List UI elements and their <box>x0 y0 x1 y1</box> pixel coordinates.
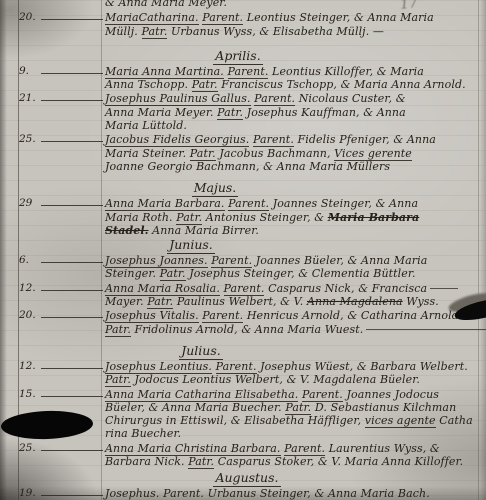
entry-dash-line <box>41 141 103 142</box>
register-entry: 12.Anna Maria Rosalia. Parent. Casparus … <box>105 282 481 309</box>
text-segment: D. Sebastianus Kilchman <box>311 401 456 414</box>
entry-day: 15. <box>19 388 36 400</box>
text-segment: Jodocus Leontius Welbert, & V. Magdalena… <box>131 373 420 386</box>
register-scan-page: 17 & Anna Maria Meyer.20.MariaCatharina.… <box>0 0 486 500</box>
entry-dash-line <box>41 205 103 206</box>
struck-text: Stadel. <box>105 224 149 237</box>
underlined-text: Patr. <box>142 25 168 39</box>
entry-day: 6. <box>19 254 29 266</box>
text-segment: Paulinus Welbert, & V. <box>173 295 307 308</box>
underlined-text: MariaCatharina. <box>105 11 199 25</box>
entry-line: Anna Maria Meyer. Patr. Josephus Kauffma… <box>105 106 481 119</box>
text-segment: Laurentius Wyss, & <box>325 442 440 455</box>
entry-line: Joanne Georgio Bachmann, & Anna Maria Mü… <box>105 160 481 173</box>
text-segment: Josephus Steinger, & Clementia Büttler. <box>186 267 416 280</box>
entry-line: Büeler, & Anna Maria Buecher. Patr. D. S… <box>105 401 481 414</box>
month-header: Julius. <box>13 344 389 358</box>
text-segment: Anna Maria Meyer. <box>105 106 217 119</box>
entry-line: Josephus. Parent. Urbanus Steinger, & An… <box>105 487 481 500</box>
entry-line: Maria Steiner. Patr. Jacobus Bachmann, V… <box>105 147 481 160</box>
text-segment: Steinger. <box>105 267 160 280</box>
underlined-text: vices agente <box>365 414 436 428</box>
register-entry: 25.Anna Maria Christina Barbara. Parent.… <box>105 442 481 469</box>
underlined-text: Vices gerente <box>334 147 412 161</box>
underlined-text: Parent. <box>228 197 269 211</box>
text-segment: Casparus Stoker, & V. Maria Anna Killoff… <box>214 455 463 468</box>
entry-dash-line <box>41 262 103 263</box>
text-segment: Mayer. <box>105 295 147 308</box>
entry-day: 9. <box>19 65 29 77</box>
month-label: Junius. <box>167 237 215 254</box>
entry-line: Josephus Joannes. Parent. Joannes Büeler… <box>105 254 481 267</box>
entry-line: Josephus Paulinus Gallus. Parent. Nicola… <box>105 92 481 105</box>
underlined-text: Parent. <box>211 254 252 268</box>
entry-dash-line <box>41 290 103 291</box>
entry-dash-line <box>41 317 103 318</box>
underlined-text: Patr. <box>160 267 186 281</box>
entry-line: Anna Tschopp. Patr. Franciscus Tschopp, … <box>105 78 481 91</box>
entry-line: Jacobus Fidelis Georgius. Parent. Fideli… <box>105 133 481 146</box>
underlined-text: Patr. <box>176 211 202 225</box>
entry-dash-line <box>41 100 103 101</box>
register-entry: 6.Josephus Joannes. Parent. Joannes Büel… <box>105 254 481 281</box>
text-segment: Chirurgus in Ettiswil, & Elisabetha Häff… <box>105 414 365 427</box>
underlined-text: Patr. <box>147 295 173 309</box>
underlined-text: Patr. <box>192 78 218 92</box>
entry-dash-line <box>41 19 103 20</box>
entry-dash-line <box>41 368 103 369</box>
entry-day: 29 <box>19 197 32 209</box>
underlined-text: Patr. <box>217 106 243 120</box>
text-segment: Maria Lüttold. <box>105 119 187 132</box>
redaction-oval <box>1 409 94 440</box>
text-segment: Henricus Arnold, & Catharina Arnold. <box>243 309 462 322</box>
register-entry: 29Anna Maria Barbara. Parent. Joannes St… <box>105 197 481 237</box>
entry-line: rina Buecher. <box>105 427 481 440</box>
register-entry: 25.Jacobus Fidelis Georgius. Parent. Fid… <box>105 133 481 173</box>
month-label: Julius. <box>179 343 223 360</box>
underlined-text: Parent. <box>302 388 343 402</box>
entry-line: MariaCatharina. Parent. Leontius Steinge… <box>105 11 481 24</box>
text-segment: Barbara Nick. <box>105 455 188 468</box>
underlined-text: Patr. <box>105 323 131 337</box>
text-segment: Franciscus Tschopp, & Maria Anna Arnold. <box>218 78 466 91</box>
text-segment: Leontius Steinger, & Anna Maria <box>243 11 434 24</box>
month-header: Junius. <box>3 238 379 252</box>
text-segment: Joannes Büeler, & Anna Maria <box>252 254 427 267</box>
entry-line: Maria Lüttold. <box>105 119 481 132</box>
underlined-text: Anna Maria Catharina Elisabetha. <box>105 388 298 402</box>
text-segment: Müllj. <box>105 25 142 38</box>
text-segment <box>220 282 224 295</box>
underlined-text: Jacobus Fidelis Georgius. <box>105 133 249 147</box>
entry-day: 25. <box>19 442 36 454</box>
entry-line: Josephus Leontius. Parent. Josephus Wües… <box>105 360 481 373</box>
entry-line: Maria Anna Martina. Parent. Leontius Kil… <box>105 65 481 78</box>
register-entry: 19.Josephus. Parent. Urbanus Steinger, &… <box>105 487 481 500</box>
entry-line: Anna Maria Catharina Elisabetha. Parent.… <box>105 388 481 401</box>
underlined-text: Patr. <box>188 455 214 469</box>
text-segment: Leontius Killoffer, & Maria <box>268 65 424 78</box>
entry-line: Maria Roth. Patr. Antonius Steinger, & M… <box>105 211 481 224</box>
entry-day: 20. <box>19 11 36 23</box>
entry-day: 12. <box>19 282 36 294</box>
text-segment: Anna Maria Birrer. <box>149 224 259 237</box>
entry-dash-line <box>41 450 103 451</box>
text-segment: Urbanus Steinger, & Anna Maria Bach. <box>204 487 430 500</box>
entry-line: Anna Maria Barbara. Parent. Joannes Stei… <box>105 197 481 210</box>
text-segment: Wyss. <box>403 295 439 308</box>
underlined-text: Parent. <box>228 65 269 79</box>
text-segment: Catha <box>436 414 473 427</box>
text-segment: Joannes Steinger, & Anna <box>269 197 418 210</box>
underlined-text: Josephus Vitalis. <box>105 309 199 323</box>
month-label: Majus. <box>192 180 239 197</box>
text-segment: Maria Roth. <box>105 211 176 224</box>
text-segment: Antonius Steinger, & <box>202 211 328 224</box>
text-segment: Büeler, & Anna Maria Buecher. <box>105 401 285 414</box>
text-segment: Josephus Wüest, & Barbara Welbert. <box>257 360 468 373</box>
entry-line: Chirurgus in Ettiswil, & Elisabetha Häff… <box>105 414 481 427</box>
entry-day: 19. <box>19 487 36 499</box>
underlined-text: Patr. <box>285 401 311 415</box>
entry-line: Anna Maria Christina Barbara. Parent. La… <box>105 442 481 455</box>
text-segment: rina Buecher. <box>105 427 181 440</box>
text-segment: Fridolinus Arnold, & Anna Maria Wuest. <box>131 323 363 336</box>
text-segment: Urbanus Wyss, & Elisabetha Müllj. — <box>167 25 384 38</box>
underlined-text: Anna Maria Christina Barbara. <box>105 442 281 456</box>
struck-text: Anna Magdalena <box>307 295 403 308</box>
text-segment: Casparus Nick, & Francisca <box>264 282 427 295</box>
underlined-text: Patr. <box>190 147 216 161</box>
month-header: Augustus. <box>59 471 435 485</box>
entry-line: Patr. Jodocus Leontius Welbert, & V. Mag… <box>105 373 481 386</box>
underlined-text: Maria Anna Martina. <box>105 65 224 79</box>
underlined-text: Parent. <box>254 92 295 106</box>
text-segment <box>224 65 228 78</box>
entry-line: & Anna Maria Meyer. <box>105 0 481 9</box>
underlined-text: Anna Maria Barbara. <box>105 197 225 211</box>
underlined-text: Josephus Joannes. <box>105 254 208 268</box>
entry-line: Anna Maria Rosalia. Parent. Casparus Nic… <box>105 282 481 295</box>
register-entry: 20.MariaCatharina. Parent. Leontius Stei… <box>105 11 481 38</box>
entry-day: 20. <box>19 309 36 321</box>
entry-dash-line <box>41 495 103 496</box>
month-header: Aprilis. <box>50 49 426 63</box>
entry-day: 25. <box>19 133 36 145</box>
entry-line: Stadel. Anna Maria Birrer. <box>105 224 481 237</box>
text-segment: Jacobus Bachmann, <box>216 147 334 160</box>
entry-line: Patr. Fridolinus Arnold, & Anna Maria Wu… <box>105 323 481 336</box>
entry-line: Steinger. Patr. Josephus Steinger, & Cle… <box>105 267 481 280</box>
entry-day: 12. <box>19 360 36 372</box>
month-header: Majus. <box>27 181 403 195</box>
underlined-text: Parent. <box>202 11 243 25</box>
text-segment: Anna Tschopp. <box>105 78 192 91</box>
underlined-text: Josephus. <box>105 487 159 500</box>
entry-line: Mayer. Patr. Paulinus Welbert, & V. Anna… <box>105 295 481 308</box>
entry-day: 21. <box>19 92 36 104</box>
register-content: & Anna Maria Meyer.20.MariaCatharina. Pa… <box>105 0 481 500</box>
entry-line: Josephus Vitalis. Parent. Henricus Arnol… <box>105 309 481 322</box>
underlined-text: Parent. <box>253 133 294 147</box>
register-entry: 21.Josephus Paulinus Gallus. Parent. Nic… <box>105 92 481 132</box>
underlined-text: Josephus Leontius. <box>105 360 212 374</box>
register-entry: 15.Anna Maria Catharina Elisabetha. Pare… <box>105 388 481 441</box>
entry-line: Barbara Nick. Patr. Casparus Stoker, & V… <box>105 455 481 468</box>
month-label: Augustus. <box>213 470 280 487</box>
underlined-text: Parent. <box>224 282 265 296</box>
text-segment: Joanne Georgio Bachmann, & Anna Maria Mü… <box>105 160 390 173</box>
text-segment: Josephus Kauffman, & Anna <box>243 106 406 119</box>
text-segment: Nicolaus Custer, & <box>295 92 406 105</box>
underlined-text: Parent. <box>202 309 243 323</box>
underlined-text: Patr. <box>105 373 131 387</box>
register-entry: 12.Josephus Leontius. Parent. Josephus W… <box>105 360 481 387</box>
underlined-text: Parent. <box>163 487 204 500</box>
page-top-fragment: & Anna Maria Meyer. <box>105 0 481 9</box>
entry-dash-line <box>41 396 103 397</box>
text-segment: Maria Steiner. <box>105 147 190 160</box>
text-segment: Fidelis Pfeniger, & Anna <box>294 133 436 146</box>
month-label: Aprilis. <box>213 48 262 65</box>
entry-dash-line <box>41 73 103 74</box>
register-entry: 9.Maria Anna Martina. Parent. Leontius K… <box>105 65 481 92</box>
underlined-text: Parent. <box>216 360 257 374</box>
struck-text: Maria Barbara <box>328 211 420 224</box>
underlined-text: Parent. <box>284 442 325 456</box>
filler-rule <box>366 329 486 330</box>
entry-line: Müllj. Patr. Urbanus Wyss, & Elisabetha … <box>105 25 481 38</box>
underlined-text: Josephus Paulinus Gallus. <box>105 92 251 106</box>
text-segment: & Anna Maria Meyer. <box>105 0 227 9</box>
text-segment: Joannes Jodocus <box>343 388 439 401</box>
filler-rule <box>430 288 458 289</box>
register-entry: 20.Josephus Vitalis. Parent. Henricus Ar… <box>105 309 481 336</box>
underlined-text: Anna Maria Rosalia. <box>105 282 220 296</box>
